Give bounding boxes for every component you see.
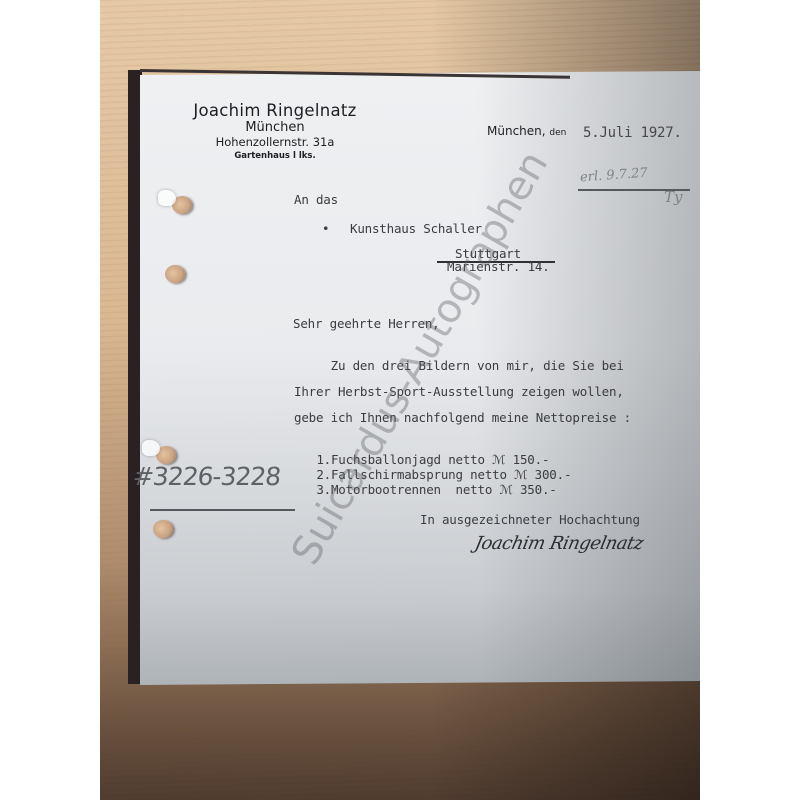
- letterhead: Joachim Ringelnatz München Hohenzollerns…: [170, 101, 380, 162]
- place-den: den: [549, 128, 566, 138]
- price-label: netto: [456, 482, 493, 497]
- letterhead-name: Joachim Ringelnatz: [170, 101, 380, 120]
- letterhead-city: München: [170, 120, 380, 135]
- inventory-underline: [150, 509, 295, 511]
- body-line: Zu den drei Bildern von mir, die Sie bei: [294, 358, 624, 373]
- signature: Joachim Ringelnatz: [473, 533, 645, 554]
- recipient-name: Kunsthaus Schaller: [350, 221, 482, 236]
- price-value: 350.-: [520, 482, 557, 497]
- inventory-note: #3226-3228: [131, 462, 281, 491]
- punch-hole-icon: [165, 265, 185, 283]
- body-line: gebe ich Ihnen nachfolgend meine Nettopr…: [294, 410, 631, 425]
- body-line: Ihrer Herbst-Sport-Ausstellung zeigen wo…: [294, 384, 624, 399]
- pencil-initials: Ty: [664, 188, 682, 206]
- punch-hole-icon: [172, 196, 192, 214]
- letterhead-addition: Gartenhaus l lks.: [170, 150, 380, 162]
- closing: In ausgezeichneter Hochachtung: [420, 512, 640, 527]
- recipient-intro: An das: [294, 192, 338, 207]
- recipient-bullet: •: [322, 221, 329, 236]
- currency-symbol: ℳ: [499, 482, 512, 497]
- punch-hole-icon: [153, 520, 173, 538]
- letter-date: 5.Juli 1927.: [583, 125, 682, 141]
- letterhead-street: Hohenzollernstr. 31a: [170, 135, 380, 150]
